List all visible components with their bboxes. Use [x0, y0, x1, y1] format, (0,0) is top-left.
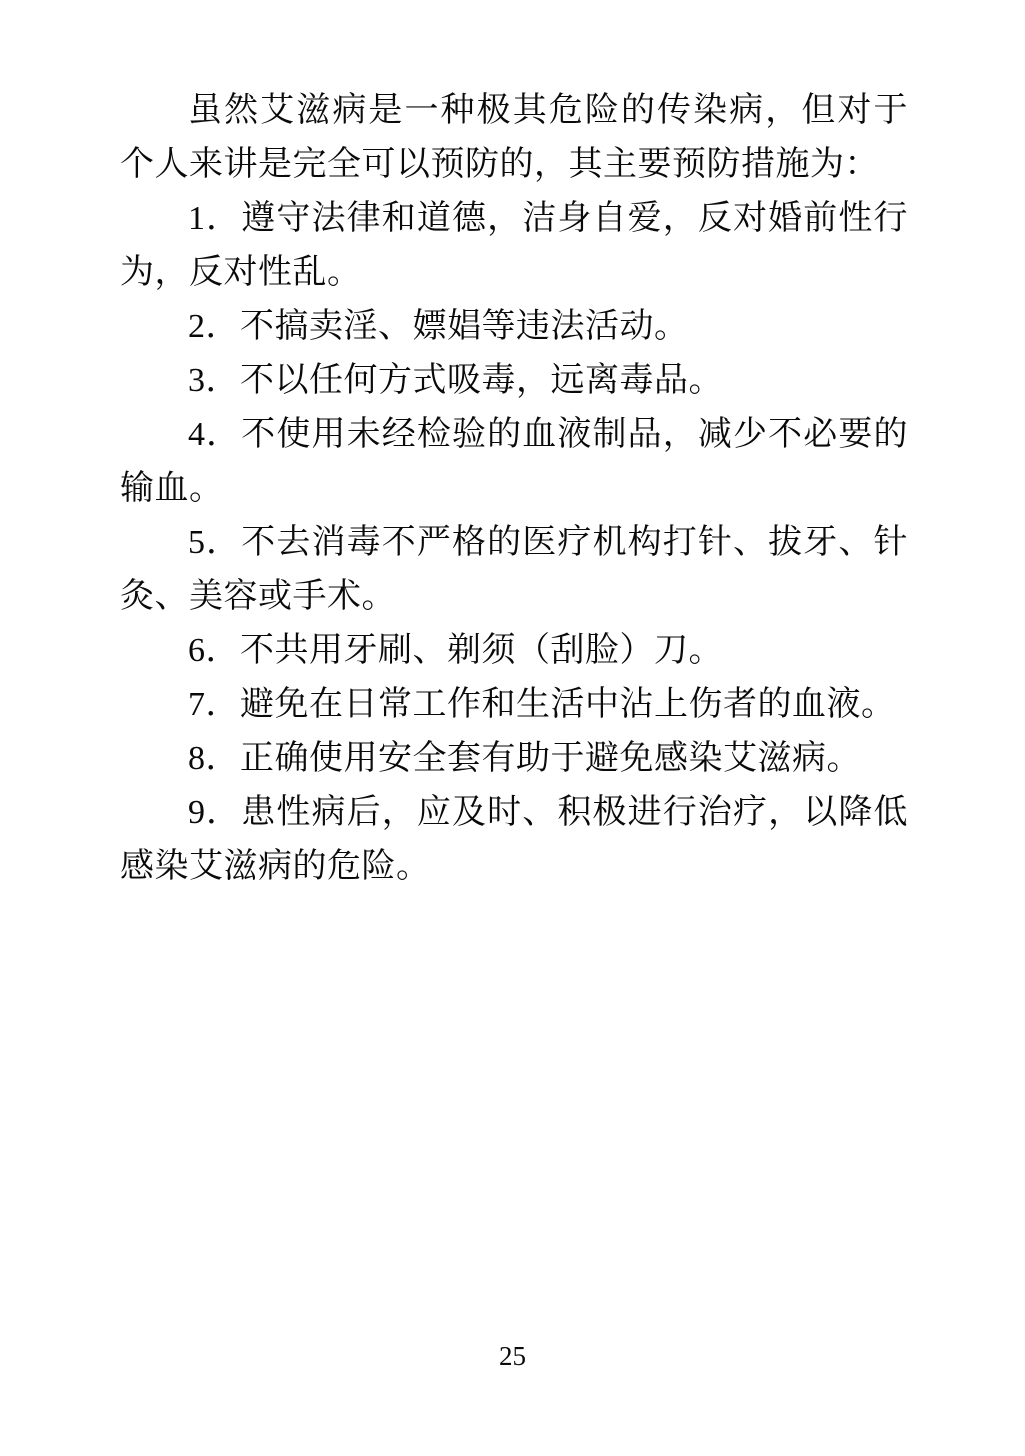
prevention-item-2: 2．不搞卖淫、嫖娼等违法活动。 [120, 300, 908, 354]
prevention-item-5: 5．不去消毒不严格的医疗机构打针、拔牙、针灸、美容或手术。 [120, 516, 908, 624]
prevention-item-8: 8．正确使用安全套有助于避免感染艾滋病。 [120, 732, 908, 786]
intro-paragraph: 虽然艾滋病是一种极其危险的传染病，但对于个人来讲是完全可以预防的，其主要预防措施… [120, 84, 908, 192]
prevention-item-6: 6．不共用牙刷、剃须（刮脸）刀。 [120, 624, 908, 678]
prevention-item-7: 7．避免在日常工作和生活中沾上伤者的血液。 [120, 678, 908, 732]
prevention-item-4: 4．不使用未经检验的血液制品，减少不必要的输血。 [120, 408, 908, 516]
text-block: 虽然艾滋病是一种极其危险的传染病，但对于个人来讲是完全可以预防的，其主要预防措施… [120, 84, 908, 894]
document-page: 虽然艾滋病是一种极其危险的传染病，但对于个人来讲是完全可以预防的，其主要预防措施… [0, 0, 1025, 1456]
prevention-item-3: 3．不以任何方式吸毒，远离毒品。 [120, 354, 908, 408]
prevention-item-1: 1．遵守法律和道德，洁身自爱，反对婚前性行为，反对性乱。 [120, 192, 908, 300]
prevention-item-9: 9．患性病后，应及时、积极进行治疗，以降低感染艾滋病的危险。 [120, 786, 908, 894]
page-number: 25 [0, 1336, 1025, 1376]
